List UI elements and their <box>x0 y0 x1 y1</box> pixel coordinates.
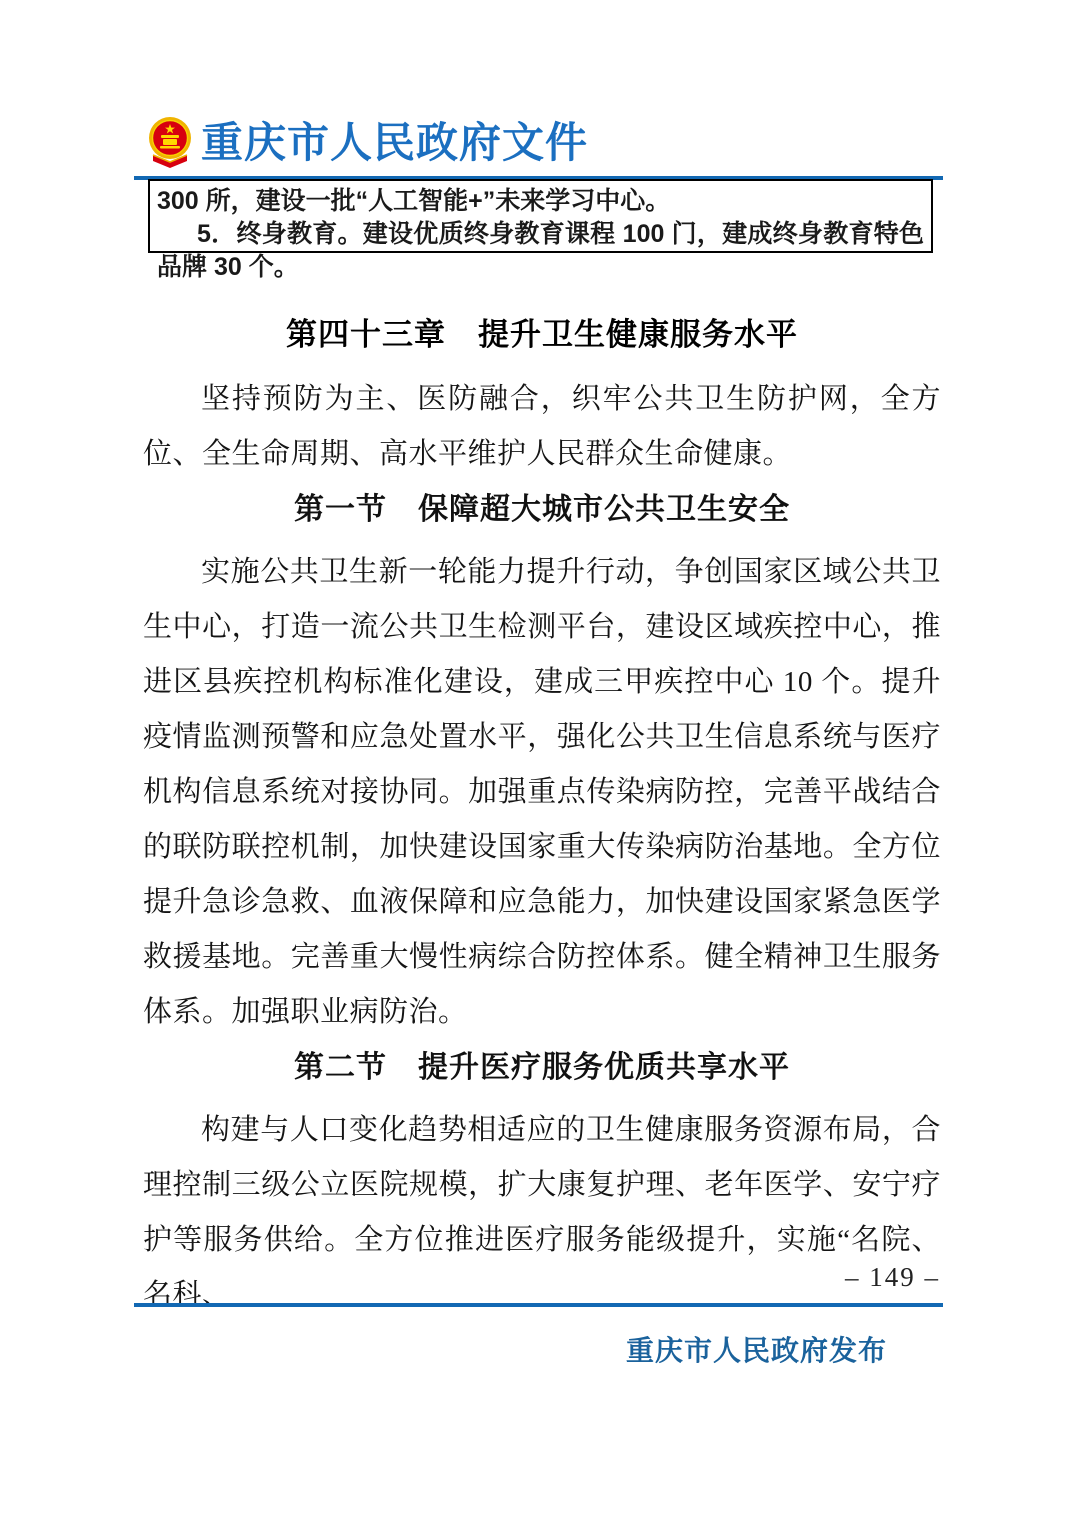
footer-rule <box>134 1303 943 1307</box>
chapter-intro-paragraph: 坚持预防为主、医防融合，织牢公共卫生防护网，全方位、全生命周期、高水平维护人民群… <box>143 372 941 482</box>
document-masthead-title: 重庆市人民政府文件 <box>201 119 588 169</box>
page-number: – 149 – <box>845 1262 940 1293</box>
document-page: 重庆市人民政府文件 300 所，建设一批“人工智能+”未来学习中心。 5．终身教… <box>0 0 1074 1520</box>
excerpt-line-2: 5．终身教育。建设优质终身教育课程 100 门，建成终身教育特色品牌 30 个。 <box>157 218 924 284</box>
section-2-paragraph: 构建与人口变化趋势相适应的卫生健康服务资源布局，合理控制三级公立医院规模，扩大康… <box>143 1103 941 1323</box>
excerpt-line-1: 300 所，建设一批“人工智能+”未来学习中心。 <box>157 185 924 218</box>
excerpt-box: 300 所，建设一批“人工智能+”未来学习中心。 5．终身教育。建设优质终身教育… <box>148 179 933 253</box>
national-emblem-icon <box>147 114 193 174</box>
section-2-title: 第二节 提升医疗服务优质共享水平 <box>143 1040 941 1095</box>
publisher-label: 重庆市人民政府发布 <box>626 1329 887 1369</box>
document-body: 第四十三章 提升卫生健康服务水平 坚持预防为主、医防融合，织牢公共卫生防护网，全… <box>143 312 941 1323</box>
chapter-title: 第四十三章 提升卫生健康服务水平 <box>143 312 941 358</box>
document-header: 重庆市人民政府文件 <box>147 114 588 174</box>
section-1-paragraph: 实施公共卫生新一轮能力提升行动，争创国家区域公共卫生中心，打造一流公共卫生检测平… <box>143 545 941 1040</box>
section-1-title: 第一节 保障超大城市公共卫生安全 <box>143 482 941 537</box>
